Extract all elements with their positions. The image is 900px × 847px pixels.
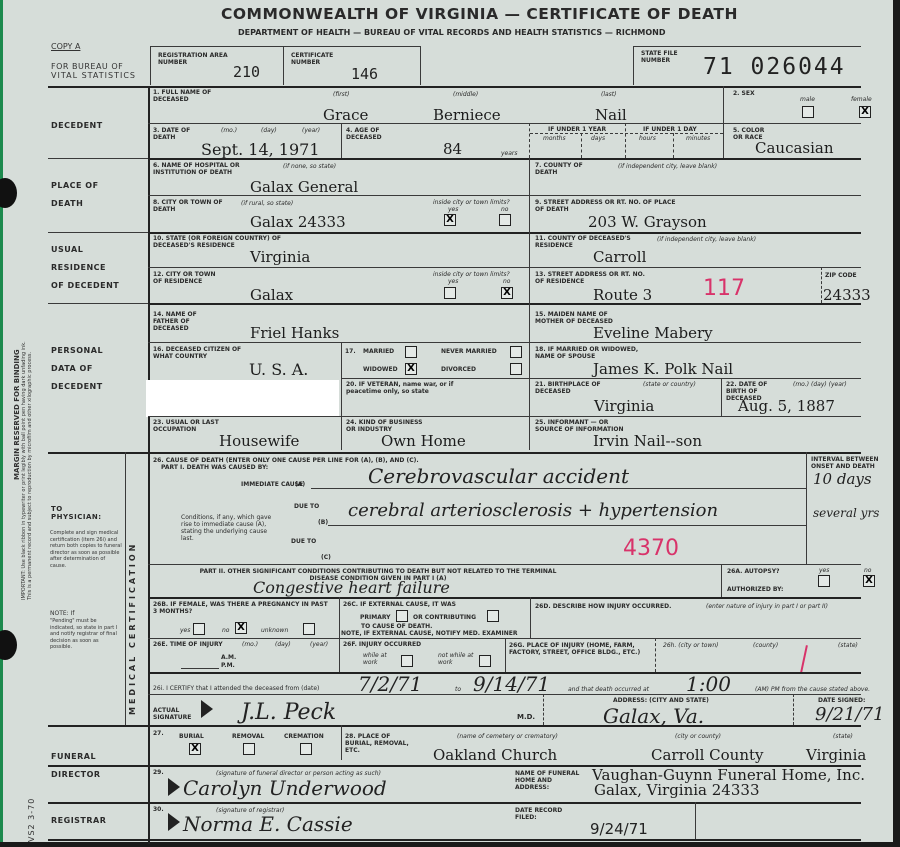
- actual-signature-label: ACTUAL SIGNATURE: [153, 707, 193, 721]
- father-label: 14. NAME OF FATHER OF DECEASED: [153, 311, 223, 332]
- divider: [543, 694, 544, 725]
- male-label: male: [800, 96, 815, 103]
- under-1-day-label: IF UNDER 1 DAY: [643, 126, 697, 133]
- section-place-of-death-2: DEATH: [51, 199, 83, 208]
- divider: [341, 342, 342, 450]
- divider: [655, 638, 656, 672]
- male-checkbox[interactable]: [802, 106, 814, 118]
- date-signed: 9/21/71: [815, 704, 884, 725]
- res-yes-label: yes: [448, 278, 458, 285]
- pm-label: P.M.: [221, 662, 235, 669]
- cause-a: Cerebrovascular accident: [368, 464, 629, 488]
- am-label: A.M.: [221, 654, 236, 661]
- funeral-home-label: NAME OF FUNERAL HOME AND ADDRESS:: [515, 770, 585, 791]
- divider: [148, 123, 861, 124]
- res-inside-no-checkbox[interactable]: X: [501, 287, 513, 299]
- attended-from-date: 7/2/71: [358, 672, 422, 696]
- race: Caucasian: [755, 139, 834, 157]
- divider: [150, 46, 151, 85]
- director-signature-number: 29.: [153, 769, 164, 776]
- removal-checkbox[interactable]: [243, 743, 255, 755]
- section-decedent: DECEDENT: [51, 121, 103, 130]
- attended-to-date: 9/14/71: [473, 672, 550, 696]
- divider: [148, 195, 861, 196]
- under-1-year-label: IF UNDER 1 YEAR: [548, 126, 606, 133]
- mother-label: 15. MAIDEN NAME OF MOTHER OF DECEASED: [535, 311, 635, 325]
- section-director: DIRECTOR: [51, 770, 101, 779]
- res-inside-limits-label: inside city or town limits?: [433, 271, 510, 278]
- primary-label: PRIMARY: [360, 614, 391, 621]
- not-while-at-work-checkbox[interactable]: [479, 655, 491, 667]
- divider: [821, 267, 822, 303]
- married-label: MARRIED: [363, 348, 394, 355]
- burial-county: Carroll County: [651, 746, 764, 764]
- divider: [633, 46, 861, 47]
- divider: [529, 303, 530, 450]
- citizenship: U. S. A.: [249, 360, 308, 379]
- res-no-label: no: [503, 278, 510, 285]
- death-occurred-label: and that death occurred at: [568, 686, 649, 693]
- divider: [48, 303, 148, 304]
- last-name-hint: (last): [601, 91, 617, 98]
- date-of-death: Sept. 14, 1971: [201, 140, 320, 159]
- director-arrow-icon: [168, 778, 180, 796]
- first-name-hint: (first): [333, 91, 350, 98]
- never-married-checkbox[interactable]: [510, 346, 522, 358]
- funeral-home-address: Galax, Virginia 24333: [594, 781, 759, 799]
- divider: [148, 694, 861, 695]
- registrar-arrow-icon: [168, 813, 180, 831]
- mother-name: Eveline Mabery: [593, 324, 713, 342]
- time-of-injury-label: 26e. TIME OF INJURY: [153, 641, 223, 648]
- hospital-name: Galax General: [250, 178, 358, 196]
- divider: [529, 123, 530, 158]
- interval-a: 10 days: [813, 470, 872, 488]
- copy-label: COPY A: [51, 42, 80, 51]
- part2-value: Congestive heart failure: [253, 578, 450, 597]
- divider: [148, 86, 150, 844]
- divider: [148, 597, 861, 599]
- death-inside-no-checkbox[interactable]: [499, 214, 511, 226]
- section-funeral: FUNERAL: [51, 752, 96, 761]
- middle-name-hint: (middle): [453, 91, 478, 98]
- cause-code: 4370: [623, 536, 679, 561]
- inside-limits-label: inside city or town limits?: [433, 199, 510, 206]
- interval-b: several yrs: [813, 506, 879, 520]
- female-label: female: [851, 96, 872, 103]
- divider: [48, 452, 861, 454]
- b-label: (B): [318, 519, 328, 526]
- section-usual-residence: USUAL: [51, 245, 83, 254]
- physician-signature: J.L. Peck: [241, 700, 336, 725]
- injury-occurred-label: 26f. INJURY OCCURRED: [343, 641, 421, 648]
- director-signature: Carolyn Underwood: [183, 776, 387, 800]
- spouse-label: 18. IF MARRIED OR WIDOWED, NAME OF SPOUS…: [535, 346, 655, 360]
- months-label: months: [543, 135, 566, 142]
- signature-arrow-icon: [201, 700, 213, 718]
- pregnancy-label: 26b. IF FEMALE, WAS THERE A PREGNANCY IN…: [153, 601, 333, 615]
- pending-instructions: "Pending" must be indicated, so state in…: [50, 618, 122, 651]
- informant-label: 25. INFORMANT — OR SOURCE OF INFORMATION: [535, 419, 635, 433]
- am-pm-label: (AM) PM from the cause stated above.: [755, 686, 870, 693]
- death-time: 1:00: [686, 672, 731, 696]
- burial-state: Virginia: [806, 746, 866, 764]
- last-name: Nail: [595, 106, 627, 124]
- female-checkbox[interactable]: X: [859, 106, 871, 118]
- death-certificate: COMMONWEALTH OF VIRGINIA — CERTIFICATE O…: [0, 0, 893, 842]
- divider: [48, 86, 861, 88]
- hours-label: hours: [639, 135, 656, 142]
- divider: [723, 86, 724, 158]
- pregnancy-no-checkbox[interactable]: X: [235, 622, 247, 634]
- state-file-number: 71 026044: [703, 54, 846, 80]
- date-of-death-label: 3. DATE OF DEATH: [153, 127, 203, 141]
- pregnancy-yes-checkbox[interactable]: [193, 623, 205, 635]
- margin-binding-note: MARGIN RESERVED FOR BINDING IMPORTANT: U…: [13, 220, 33, 600]
- divider: [311, 488, 806, 489]
- injury-year-hint: (year): [310, 641, 328, 648]
- section-personal-data-2: DATA OF: [51, 364, 93, 373]
- divider: [339, 597, 340, 672]
- form-code: VS2 3-70: [27, 798, 36, 842]
- md-label: M.D.: [517, 714, 535, 721]
- city-of-death: Galax 24333: [250, 213, 346, 231]
- divider: [283, 46, 284, 85]
- registration-area-label: REGISTRATION AREA NUMBER: [158, 52, 238, 66]
- hospital-hint: (if none, so state): [283, 163, 336, 170]
- residence-state: Virginia: [250, 248, 310, 266]
- city-of-death-label: 8. CITY OR TOWN OF DEATH: [153, 199, 223, 213]
- divider: [581, 133, 582, 158]
- divider: [148, 232, 861, 234]
- full-name-label: 1. FULL NAME OF DECEASED: [153, 89, 223, 103]
- divider: [148, 416, 861, 417]
- residence-county-hint: (if independent city, leave blank): [657, 236, 756, 243]
- red-pen-mark: [800, 645, 808, 673]
- primary-checkbox[interactable]: [396, 610, 408, 622]
- section-usual-residence-3: OF DECEDENT: [51, 281, 119, 290]
- contributing-checkbox[interactable]: [487, 610, 499, 622]
- to-cause-label: TO CAUSE OF DEATH.: [361, 623, 432, 630]
- injury-state-label: (state): [838, 642, 858, 649]
- death-address: 203 W. Grayson: [588, 213, 707, 231]
- section-registrar: REGISTRAR: [51, 816, 106, 825]
- residence-county-label: 11. COUNTY OF DECEASED'S RESIDENCE: [535, 235, 635, 249]
- injury-day-hint: (day): [275, 641, 291, 648]
- certificate-number-label: CERTIFICATE NUMBER: [291, 52, 351, 66]
- divider: [721, 378, 722, 416]
- residence-address-label: 13. STREET ADDRESS OR RT. NO. OF RESIDEN…: [535, 271, 645, 285]
- veteran-label: 20. IF VETERAN, name war, or if peacetim…: [346, 381, 466, 395]
- widowed-label: WIDOWED: [363, 366, 398, 373]
- injury-description-label: 26d. DESCRIBE HOW INJURY OCCURRED.: [535, 603, 671, 610]
- part1-label: PART I. DEATH WAS CAUSED BY:: [161, 464, 268, 471]
- county-of-death-hint: (if independent city, leave blank): [618, 163, 717, 170]
- widowed-checkbox[interactable]: X: [405, 363, 417, 375]
- section-personal-data-3: DECEDENT: [51, 382, 103, 391]
- removal-label: REMOVAL: [232, 733, 264, 740]
- citizen-label: 16. DECEASED CITIZEN OF WHAT COUNTRY: [153, 346, 253, 360]
- divider: [793, 694, 794, 725]
- divider: [181, 668, 219, 669]
- preg-unknown-label: unknown: [261, 627, 288, 634]
- registration-area-number: 210: [233, 63, 260, 81]
- divider: [341, 725, 342, 760]
- divider: [48, 158, 148, 159]
- middle-name: Berniece: [433, 106, 501, 124]
- binding-hole: [0, 178, 17, 208]
- divider: [505, 638, 506, 672]
- injury-month-hint: (mo.): [242, 641, 258, 648]
- physician-label: PHYSICIAN:: [51, 513, 102, 521]
- age: 84: [443, 140, 462, 158]
- death-inside-yes-checkbox[interactable]: X: [444, 214, 456, 226]
- due-to-1: DUE TO: [294, 503, 319, 510]
- state-file-label: STATE FILE NUMBER: [641, 50, 681, 64]
- conditions-note: Conditions, if any, which gave rise to i…: [181, 514, 281, 542]
- section-usual-residence-2: RESIDENCE: [51, 263, 106, 272]
- zip-code: 24333: [823, 286, 871, 304]
- divider: [695, 802, 696, 840]
- zip-label: ZIP CODE: [825, 272, 857, 279]
- cause-of-death-label: 26. CAUSE OF DEATH (Enter only one cause…: [153, 457, 419, 464]
- autopsy-no-checkbox[interactable]: X: [863, 575, 875, 587]
- sex-label: 2. SEX: [733, 90, 755, 97]
- divider: [530, 133, 723, 134]
- for-bureau-label: FOR BUREAU OF: [51, 62, 123, 71]
- year-hint: (year): [302, 127, 320, 134]
- occupation: Housewife: [219, 432, 299, 450]
- never-married-label: NEVER MARRIED: [441, 348, 497, 355]
- dob-hint: (mo.) (day) (year): [793, 381, 847, 388]
- registrar-signature: Norma E. Cassie: [183, 812, 353, 836]
- physician-instructions: Complete and sign medical certification …: [50, 530, 122, 569]
- divider: [148, 564, 861, 565]
- address-label: ADDRESS: (CITY AND STATE): [613, 697, 709, 704]
- interval-label: INTERVAL BETWEEN ONSET AND DEATH: [811, 456, 891, 470]
- certificate-title: COMMONWEALTH OF VIRGINIA — CERTIFICATE O…: [221, 5, 738, 23]
- birthplace-label: 21. BIRTHPLACE OF DECEASED: [535, 381, 615, 395]
- autopsy-yes-checkbox[interactable]: [818, 575, 830, 587]
- birthplace: Virginia: [594, 397, 654, 415]
- injury-city-label: 26h. (city or town): [663, 642, 719, 649]
- burial-place-label: 28. PLACE OF BURIAL, REMOVAL, ETC.: [345, 733, 410, 754]
- date-of-birth: Aug. 5, 1887: [738, 397, 835, 415]
- city-of-death-hint: (if rural, so state): [241, 200, 293, 207]
- autopsy-yes-label: yes: [819, 567, 829, 574]
- a-label: (A): [295, 481, 305, 488]
- day-hint: (day): [261, 127, 277, 134]
- father-name: Friel Hanks: [250, 324, 339, 342]
- divider: [721, 564, 722, 597]
- residence-state-label: 10. STATE (OR FOREIGN COUNTRY) OF DECEAS…: [153, 235, 313, 249]
- residence-city: Galax: [250, 286, 293, 304]
- divorced-checkbox[interactable]: [510, 363, 522, 375]
- industry-label: 24. KIND OF BUSINESS OR INDUSTRY: [346, 419, 426, 433]
- res-inside-yes-checkbox[interactable]: [444, 287, 456, 299]
- external-cause-label: 26c. IF EXTERNAL CAUSE, IT WAS: [343, 601, 456, 608]
- cause-b: cerebral arteriosclerosis + hypertension: [348, 500, 718, 521]
- days-label: days: [591, 135, 605, 142]
- divider: [148, 158, 861, 160]
- divider: [48, 839, 861, 841]
- divider: [530, 597, 531, 638]
- pregnancy-unknown-checkbox[interactable]: [303, 623, 315, 635]
- burial-checkbox[interactable]: X: [189, 743, 201, 755]
- burial-label: BURIAL: [179, 733, 204, 740]
- divider: [48, 802, 861, 804]
- divider: [328, 525, 806, 526]
- preg-yes-label: yes: [180, 627, 190, 634]
- not-while-at-work-label: not while at work: [438, 652, 476, 666]
- divider: [148, 342, 861, 343]
- hospital-label: 6. NAME OF HOSPITAL OR INSTITUTION OF DE…: [153, 162, 243, 176]
- divider: [341, 123, 342, 158]
- divider: [48, 725, 861, 727]
- date-filed: 9/24/71: [590, 820, 648, 838]
- vital-statistics-label: VITAL STATISTICS: [51, 71, 136, 80]
- married-checkbox[interactable]: [405, 346, 417, 358]
- marital-status-label: 17.: [345, 348, 356, 355]
- spouse-name: James K. Polk Nail: [593, 360, 733, 378]
- cemetery-hint: (name of cemetery or crematory): [457, 733, 558, 740]
- no-label: no: [501, 206, 508, 213]
- minutes-label: minutes: [686, 135, 710, 142]
- residence-county: Carroll: [593, 248, 646, 266]
- month-hint: (mo.): [221, 127, 237, 134]
- divider: [625, 123, 626, 158]
- divider: [125, 452, 126, 725]
- to-physician-label: TO: [51, 505, 63, 513]
- preg-no-label: no: [222, 627, 229, 634]
- burial-state-hint: (state): [833, 733, 853, 740]
- divider: [150, 46, 420, 47]
- divider: [341, 378, 861, 379]
- while-at-work-label: while at work: [363, 652, 393, 666]
- city-county-hint: (city or county): [675, 733, 721, 740]
- to-label: to: [455, 686, 461, 693]
- authorized-by-label: AUTHORIZED BY:: [727, 586, 787, 593]
- date-filed-label: DATE RECORD FILED:: [515, 807, 575, 821]
- date-signed-label: DATE SIGNED:: [818, 697, 865, 704]
- immediate-cause-label: IMMEDIATE CAUSE: [241, 481, 303, 488]
- divider: [420, 46, 421, 85]
- divorced-label: DIVORCED: [441, 366, 476, 373]
- industry: Own Home: [381, 432, 466, 450]
- certificate-subtitle: DEPARTMENT OF HEALTH — BUREAU OF VITAL R…: [238, 28, 666, 37]
- residence-address: Route 3: [593, 286, 652, 304]
- contributing-label: or CONTRIBUTING: [413, 614, 476, 621]
- place-of-injury-label: 26g. PLACE OF INJURY (home, farm, factor…: [509, 642, 649, 656]
- note-if-label: NOTE: If: [50, 610, 74, 617]
- binding-hole: [0, 630, 17, 660]
- informant: Irvin Nail--son: [593, 432, 702, 450]
- external-note: NOTE, IF EXTERNAL CAUSE, NOTIFY MED. EXA…: [341, 630, 517, 637]
- divider: [633, 46, 634, 85]
- registrar-signature-number: 30.: [153, 806, 164, 813]
- due-to-2: DUE TO: [291, 538, 316, 545]
- injury-county-label: (county): [753, 642, 778, 649]
- death-address-label: 9. STREET ADDRESS OR RT. NO. OF PLACE OF…: [535, 199, 685, 213]
- divider: [148, 303, 861, 305]
- birthplace-hint: (state or country): [643, 381, 696, 388]
- years-label: years: [501, 150, 518, 157]
- divider: [806, 452, 807, 564]
- first-name: Grace: [323, 106, 368, 124]
- cremation-checkbox[interactable]: [300, 743, 312, 755]
- c-label: (C): [321, 554, 331, 561]
- age-label: 4. AGE OF DECEASED: [346, 127, 396, 141]
- yes-label: yes: [448, 206, 458, 213]
- medical-certification-label: MEDICAL CERTIFICATION: [128, 542, 137, 715]
- divider: [48, 232, 148, 233]
- cemetery-name: Oakland Church: [433, 746, 557, 764]
- autopsy-no-label: no: [864, 567, 871, 574]
- cremation-label: CREMATION: [284, 733, 324, 740]
- divider: [673, 133, 674, 158]
- occupation-label: 23. USUAL OR LAST OCCUPATION: [153, 419, 233, 433]
- residence-annotation: 117: [703, 276, 745, 301]
- redacted-field: [146, 380, 339, 417]
- county-of-death-label: 7. COUNTY OF DEATH: [535, 162, 585, 176]
- certify-label: 26i. I CERTIFY that I attended the decea…: [153, 685, 319, 692]
- section-personal-data: PERSONAL: [51, 346, 103, 355]
- residence-city-label: 12. CITY OR TOWN OF RESIDENCE: [153, 271, 223, 285]
- injury-description-hint: (enter nature of injury in part I or par…: [706, 603, 828, 610]
- section-place-of-death: PLACE OF: [51, 181, 99, 190]
- while-at-work-checkbox[interactable]: [401, 655, 413, 667]
- autopsy-label: 26a. AUTOPSY?: [727, 568, 780, 575]
- certificate-number: 146: [351, 65, 378, 83]
- divider: [148, 267, 861, 268]
- disposition-label: 27.: [153, 730, 164, 737]
